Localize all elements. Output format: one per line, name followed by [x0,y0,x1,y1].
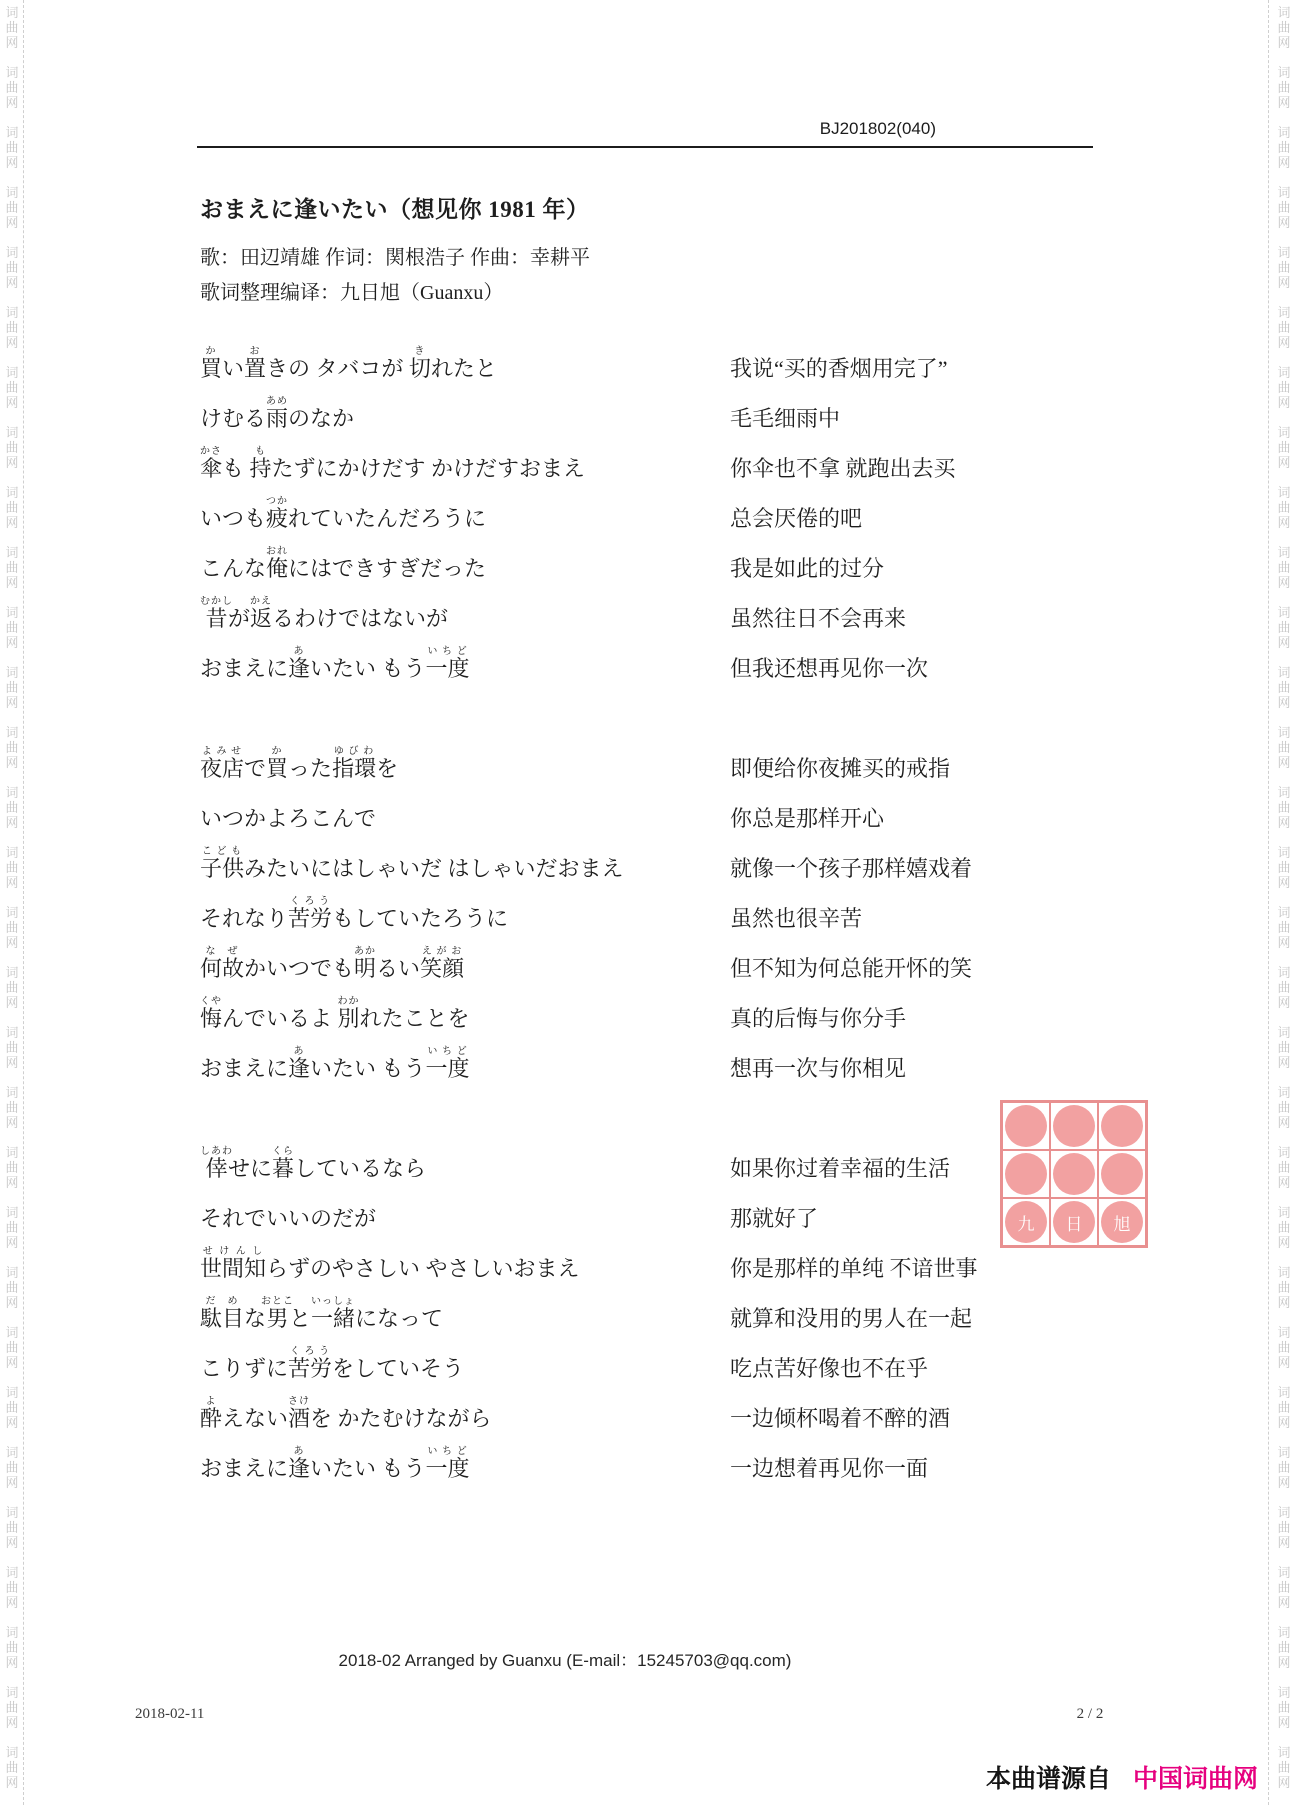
watermark-group: 词曲网 [1276,905,1291,965]
lyric-row: おまえに逢あいたい もう一度いちど但我还想再见你一次 [200,630,1185,680]
seal-stamp: 九 日 旭 [1000,1100,1148,1248]
watermark-group: 词曲网 [4,1265,20,1325]
watermark-group: 词曲网 [1276,1685,1291,1745]
watermark-group: 词曲网 [4,1025,20,1085]
stamp-cell [1002,1150,1050,1198]
watermark-group: 词曲网 [1276,1205,1291,1265]
lyric-chinese-translation: 你伞也不拿 就跑出去买 [730,457,1185,480]
lyric-japanese: 何故なぜかいつでも明あかるい笑顔えがお [200,946,730,980]
watermark-group: 词曲网 [4,185,20,245]
source-credit: 本曲谱源自 中国词曲网 [986,1759,1258,1795]
watermark-group: 词曲网 [4,785,20,845]
lyric-row: けむる雨あめのなか毛毛细雨中 [200,380,1185,430]
watermark-group: 词曲网 [1276,5,1291,65]
watermark-group: 词曲网 [4,1745,20,1805]
watermark-group: 词曲网 [4,605,20,665]
lyric-chinese-translation: 就像一个孩子那样嬉戏着 [730,857,1185,880]
watermark-group: 词曲网 [1276,605,1291,665]
lyric-japanese: いつかよろこんで [200,807,730,830]
lyric-japanese: それでいいのだが [200,1207,730,1230]
lyric-japanese: 傘かさも 持もたずにかけだす かけだすおまえ [200,446,730,480]
lyric-chinese-translation: 但我还想再见你一次 [730,657,1185,680]
lyric-japanese: いつも疲つかれていたんだろうに [200,496,730,530]
watermark-group: 词曲网 [4,1205,20,1265]
watermark-group: 词曲网 [1276,65,1291,125]
watermark-group: 词曲网 [4,1145,20,1205]
lyric-chinese-translation: 真的后悔与你分手 [730,1007,1185,1030]
lyric-row: 何故なぜかいつでも明あかるい笑顔えがお但不知为何总能开怀的笑 [200,930,1185,980]
watermark-group: 词曲网 [4,1625,20,1685]
lyric-chinese-translation: 虽然往日不会再来 [730,607,1185,630]
lyrics: 買かい置おきの タバコが 切きれたと我说“买的香烟用完了”けむる雨あめのなか毛毛… [200,330,1185,1480]
stamp-circle [1005,1153,1047,1195]
watermark-group: 词曲网 [1276,665,1291,725]
watermark-group: 词曲网 [1276,1085,1291,1145]
song-title: おまえに逢いたい（想见你 1981 年） [200,191,590,224]
lyric-chinese-translation: 我是如此的过分 [730,557,1185,580]
lyric-row: 夜店よみせで買かった指環ゆびわを即便给你夜摊买的戒指 [200,730,1185,780]
watermark-group: 词曲网 [1276,1385,1291,1445]
watermark-group: 词曲网 [4,1505,20,1565]
lyric-row: 昔むかしが返かえるわけではないが虽然往日不会再来 [200,580,1185,630]
lyric-chinese-translation: 虽然也很辛苦 [730,907,1185,930]
stamp-character: 九 [1005,1201,1047,1243]
lyric-japanese: 買かい置おきの タバコが 切きれたと [200,346,730,380]
watermark-group: 词曲网 [1276,245,1291,305]
watermark-group: 词曲网 [1276,1745,1291,1805]
watermark-group: 词曲网 [4,425,20,485]
lyric-japanese: けむる雨あめのなか [200,396,730,430]
watermark-group: 词曲网 [1276,1145,1291,1205]
lyric-chinese-translation: 毛毛细雨中 [730,407,1185,430]
watermark-group: 词曲网 [1276,485,1291,545]
lyric-japanese: 駄目だめな男おとこと一緒いっしょになって [200,1296,730,1330]
arranged-by-line: 2018-02 Arranged by Guanxu (E-mail：15245… [200,1646,930,1671]
watermark-group: 词曲网 [4,1445,20,1505]
watermark-group: 词曲网 [4,965,20,1025]
lyric-japanese: 子供こどもみたいにはしゃいだ はしゃいだおまえ [200,846,730,880]
lyric-japanese: こりずに苦労くろうをしていそう [200,1346,730,1380]
lyric-row: 子供こどもみたいにはしゃいだ はしゃいだおまえ就像一个孩子那样嬉戏着 [200,830,1185,880]
lyric-chinese-translation: 你总是那样开心 [730,807,1185,830]
source-prefix-label: 本曲谱源自 [986,1759,1111,1795]
lyric-chinese-translation: 一边倾杯喝着不醉的酒 [730,1407,1185,1430]
stamp-cell [1050,1102,1098,1150]
watermark-group: 词曲网 [1276,305,1291,365]
watermark-group: 词曲网 [4,1385,20,1445]
watermark-group: 词曲网 [4,1685,20,1745]
footer-date: 2018-02-11 [135,1706,204,1723]
lyric-chinese-translation: 我说“买的香烟用完了” [730,357,1185,380]
watermark-group: 词曲网 [1276,845,1291,905]
lyric-chinese-translation: 但不知为何总能开怀的笑 [730,957,1185,980]
lyric-chinese-translation: 吃点苦好像也不在乎 [730,1357,1185,1380]
watermark-group: 词曲网 [4,65,20,125]
stamp-cell: 九 [1002,1198,1050,1246]
lyric-japanese: 悔くやんでいるよ 別わかれたことを [200,996,730,1030]
stamp-cell [1098,1102,1146,1150]
watermark-group: 词曲网 [4,665,20,725]
watermark-group: 词曲网 [1276,125,1291,185]
watermark-group: 词曲网 [4,905,20,965]
watermark-group: 词曲网 [4,545,20,605]
page-number: 2 / 2 [1058,1706,1122,1723]
lyric-row: それなり苦労くろうもしていたろうに虽然也很辛苦 [200,880,1185,930]
verse: 買かい置おきの タバコが 切きれたと我说“买的香烟用完了”けむる雨あめのなか毛毛… [200,330,1185,680]
watermark-group: 词曲网 [4,305,20,365]
watermark-group: 词曲网 [4,245,20,305]
watermark-group: 词曲网 [4,365,20,425]
watermark-group: 词曲网 [1276,425,1291,485]
verse: 夜店よみせで買かった指環ゆびわを即便给你夜摊买的戒指いつかよろこんで你总是那样开… [200,730,1185,1080]
watermark-group: 词曲网 [4,725,20,785]
watermark-group: 词曲网 [1276,1505,1291,1565]
lyric-japanese: 昔むかしが返かえるわけではないが [200,596,730,630]
lyric-japanese: こんな俺おれにはできすぎだった [200,546,730,580]
watermark-group: 词曲网 [1276,185,1291,245]
stamp-circle [1005,1105,1047,1147]
lyric-chinese-translation: 一边想着再见你一面 [730,1457,1185,1480]
stamp-cell: 旭 [1098,1198,1146,1246]
right-dashed-margin-line [1268,0,1269,1805]
lyric-japanese: おまえに逢あいたい もう一度いちど [200,1446,730,1480]
watermark-column: 词曲网词曲网词曲网词曲网词曲网词曲网词曲网词曲网词曲网词曲网词曲网词曲网词曲网词… [4,5,20,1805]
lyric-chinese-translation: 总会厌倦的吧 [730,507,1185,530]
lyric-row: 悔くやんでいるよ 別わかれたことを真的后悔与你分手 [200,980,1185,1030]
watermark-group: 词曲网 [1276,1265,1291,1325]
stamp-circle [1053,1153,1095,1195]
watermark-group: 词曲网 [4,1325,20,1385]
song-arranger: 歌词整理编译：九日旭（Guanxu） [200,276,503,305]
stamp-cell [1002,1102,1050,1150]
stamp-cell [1098,1150,1146,1198]
source-site-name: 中国词曲网 [1133,1759,1258,1795]
watermark-group: 词曲网 [1276,365,1291,425]
lyric-row: 駄目だめな男おとこと一緒いっしょになって就算和没用的男人在一起 [200,1280,1185,1330]
watermark-group: 词曲网 [1276,965,1291,1025]
lyric-row: こんな俺おれにはできすぎだった我是如此的过分 [200,530,1185,580]
lyric-row: 酔よえない酒さけを かたむけながら一边倾杯喝着不醉的酒 [200,1380,1185,1430]
watermark-group: 词曲网 [4,1085,20,1145]
lyric-row: 傘かさも 持もたずにかけだす かけだすおまえ你伞也不拿 就跑出去买 [200,430,1185,480]
watermark-group: 词曲网 [1276,1025,1291,1085]
watermark-group: 词曲网 [1276,785,1291,845]
stamp-cell [1050,1150,1098,1198]
lyric-row: いつも疲つかれていたんだろうに总会厌倦的吧 [200,480,1185,530]
stamp-circle [1101,1153,1143,1195]
watermark-group: 词曲网 [1276,1565,1291,1625]
watermark-column: 词曲网词曲网词曲网词曲网词曲网词曲网词曲网词曲网词曲网词曲网词曲网词曲网词曲网词… [1276,5,1291,1805]
stamp-cell: 日 [1050,1198,1098,1246]
watermark-group: 词曲网 [1276,725,1291,785]
lyric-row: おまえに逢あいたい もう一度いちど想再一次与你相见 [200,1030,1185,1080]
song-credits: 歌：田辺靖雄 作词：関根浩子 作曲：幸耕平 [200,241,590,270]
watermark-group: 词曲网 [4,845,20,905]
lyric-row: 買かい置おきの タバコが 切きれたと我说“买的香烟用完了” [200,330,1185,380]
lyric-japanese: 倖しあわせに暮くらしているなら [200,1146,730,1180]
stamp-circle [1053,1105,1095,1147]
watermark-group: 词曲网 [1276,1325,1291,1385]
watermark-group: 词曲网 [1276,1445,1291,1505]
document-code: BJ201802(040) [0,119,936,139]
lyric-japanese: おまえに逢あいたい もう一度いちど [200,1046,730,1080]
watermark-group: 词曲网 [4,1565,20,1625]
sheet-page: 词曲网词曲网词曲网词曲网词曲网词曲网词曲网词曲网词曲网词曲网词曲网词曲网词曲网词… [0,0,1291,1805]
watermark-group: 词曲网 [4,5,20,65]
lyric-chinese-translation: 即便给你夜摊买的戒指 [730,757,1185,780]
lyric-chinese-translation: 想再一次与你相见 [730,1057,1185,1080]
lyric-japanese: 夜店よみせで買かった指環ゆびわを [200,746,730,780]
watermark-group: 词曲网 [1276,545,1291,605]
watermark-group: 词曲网 [1276,1625,1291,1685]
stamp-character: 旭 [1101,1201,1143,1243]
lyric-japanese: 酔よえない酒さけを かたむけながら [200,1396,730,1430]
left-dashed-margin-line [23,0,24,1805]
lyric-row: こりずに苦労くろうをしていそう吃点苦好像也不在乎 [200,1330,1185,1380]
lyric-chinese-translation: 你是那样的单纯 不谙世事 [730,1257,1185,1280]
stamp-character: 日 [1053,1201,1095,1243]
watermark-group: 词曲网 [4,485,20,545]
header-rule [197,146,1093,148]
lyric-japanese: 世間知せけんしらずのやさしい やさしいおまえ [200,1246,730,1280]
lyric-japanese: それなり苦労くろうもしていたろうに [200,896,730,930]
lyric-row: おまえに逢あいたい もう一度いちど一边想着再见你一面 [200,1430,1185,1480]
lyric-japanese: おまえに逢あいたい もう一度いちど [200,646,730,680]
stamp-circle [1101,1105,1143,1147]
lyric-chinese-translation: 就算和没用的男人在一起 [730,1307,1185,1330]
lyric-row: いつかよろこんで你总是那样开心 [200,780,1185,830]
